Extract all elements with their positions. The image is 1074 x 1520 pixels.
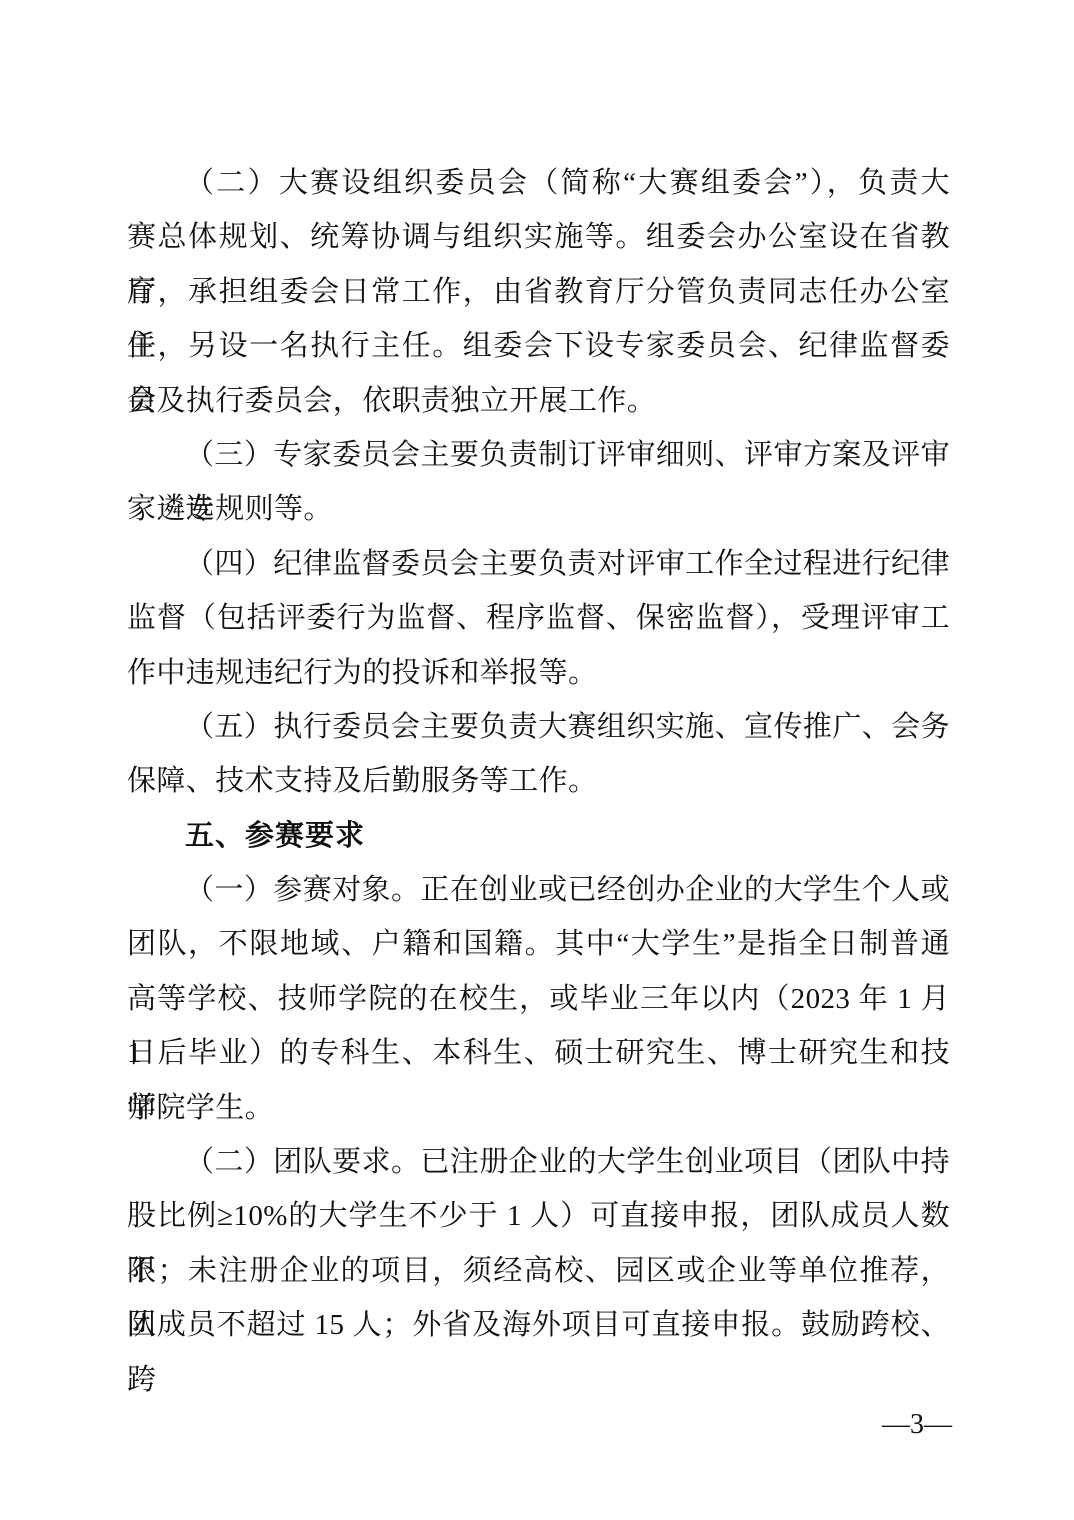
text-line: 限；未注册企业的项目，须经高校、园区或企业等单位推荐，团 bbox=[127, 1244, 950, 1298]
text-line: 股比例≥10%的大学生不少于 1 人）可直接申报，团队成员人数不 bbox=[127, 1189, 950, 1243]
paragraph: （二）大赛设组织委员会（简称“大赛组委会”），负责大 赛总体规划、统筹协调与组织… bbox=[127, 156, 950, 428]
text-line: 日后毕业）的专科生、本科生、硕士研究生、博士研究生和技师 bbox=[127, 1026, 950, 1080]
section-heading: 五、参赛要求 bbox=[127, 809, 950, 863]
text-line: 任，另设一名执行主任。组委会下设专家委员会、纪律监督委员 bbox=[127, 319, 950, 373]
page-number: —3— bbox=[882, 1408, 952, 1442]
paragraph: （二）团队要求。已注册企业的大学生创业项目（团队中持 股比例≥10%的大学生不少… bbox=[127, 1135, 950, 1353]
paragraph: （一）参赛对象。正在创业或已经创办企业的大学生个人或 团队，不限地域、户籍和国籍… bbox=[127, 863, 950, 1135]
text-line: 队成员不超过 15 人；外省及海外项目可直接申报。鼓励跨校、跨 bbox=[127, 1298, 950, 1352]
paragraph: （四）纪律监督委员会主要负责对评审工作全过程进行纪律 监督（包括评委行为监督、程… bbox=[127, 537, 950, 700]
document-page: （二）大赛设组织委员会（简称“大赛组委会”），负责大 赛总体规划、统筹协调与组织… bbox=[0, 0, 1074, 1520]
text-line: （二）大赛设组织委员会（简称“大赛组委会”），负责大 bbox=[127, 156, 950, 210]
text-line: （二）团队要求。已注册企业的大学生创业项目（团队中持 bbox=[127, 1135, 950, 1189]
paragraph: 五、参赛要求 bbox=[127, 809, 950, 863]
text-line: 团队，不限地域、户籍和国籍。其中“大学生”是指全日制普通 bbox=[127, 917, 950, 971]
text-line: 监督（包括评委行为监督、程序监督、保密监督），受理评审工 bbox=[127, 591, 950, 645]
document-body: （二）大赛设组织委员会（简称“大赛组委会”），负责大 赛总体规划、统筹协调与组织… bbox=[127, 156, 950, 1353]
text-line: （三）专家委员会主要负责制订评审细则、评审方案及评审专 bbox=[127, 428, 950, 482]
text-line: 家遴选规则等。 bbox=[127, 482, 950, 536]
text-line: 厅，承担组委会日常工作，由省教育厅分管负责同志任办公室主 bbox=[127, 265, 950, 319]
text-line: 会及执行委员会，依职责独立开展工作。 bbox=[127, 374, 950, 428]
text-line: 赛总体规划、统筹协调与组织实施等。组委会办公室设在省教育 bbox=[127, 210, 950, 264]
text-line: 保障、技术支持及后勤服务等工作。 bbox=[127, 754, 950, 808]
text-line: 学院学生。 bbox=[127, 1081, 950, 1135]
paragraph: （三）专家委员会主要负责制订评审细则、评审方案及评审专 家遴选规则等。 bbox=[127, 428, 950, 537]
paragraph: （五）执行委员会主要负责大赛组织实施、宣传推广、会务 保障、技术支持及后勤服务等… bbox=[127, 700, 950, 809]
text-line: （一）参赛对象。正在创业或已经创办企业的大学生个人或 bbox=[127, 863, 950, 917]
text-line: 高等学校、技师学院的在校生，或毕业三年以内（2023 年 1 月 1 bbox=[127, 972, 950, 1026]
text-line: 作中违规违纪行为的投诉和举报等。 bbox=[127, 646, 950, 700]
text-line: （四）纪律监督委员会主要负责对评审工作全过程进行纪律 bbox=[127, 537, 950, 591]
text-line: （五）执行委员会主要负责大赛组织实施、宣传推广、会务 bbox=[127, 700, 950, 754]
